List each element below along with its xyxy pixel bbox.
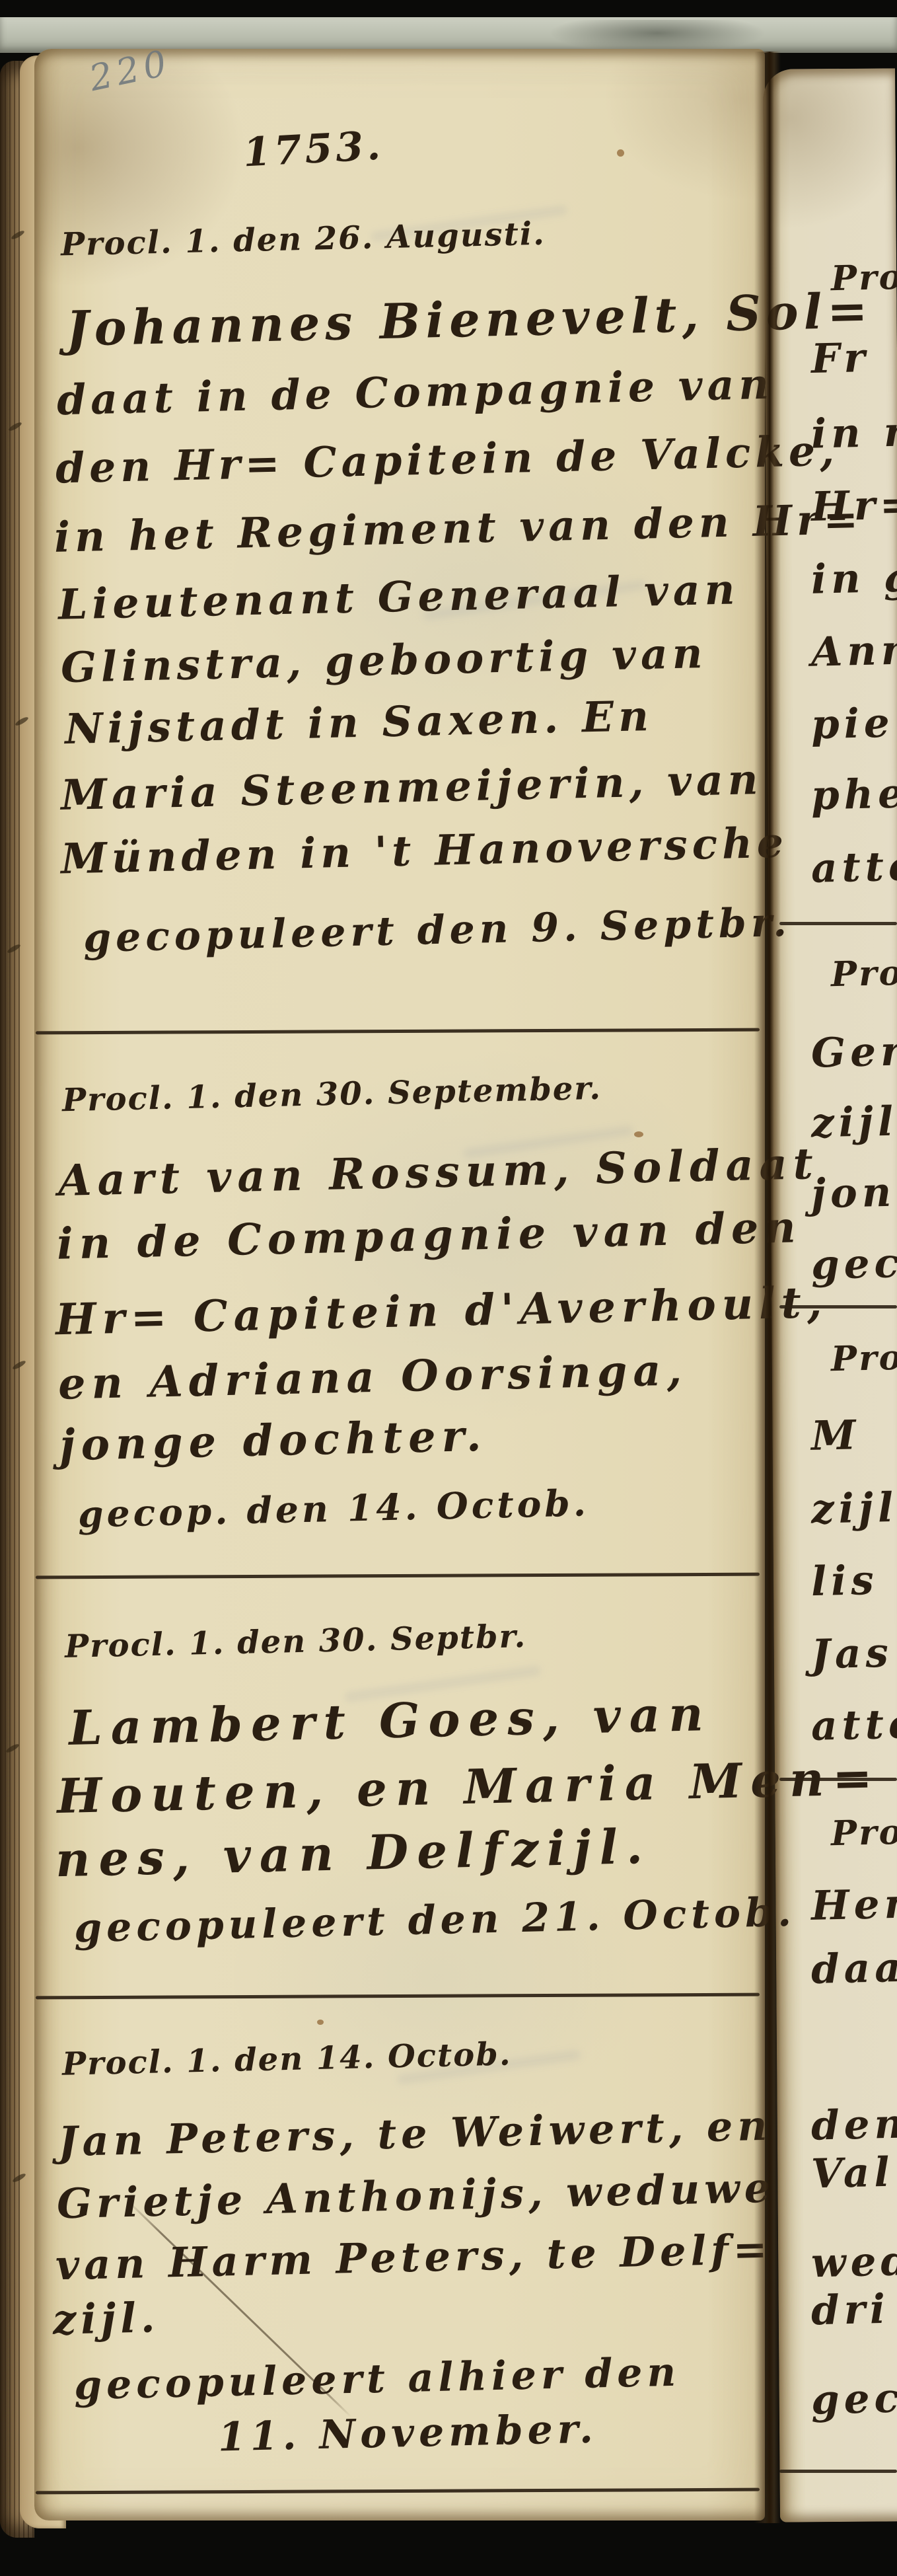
right-line-fragment: atte bbox=[810, 1704, 897, 1747]
right-entry-divider bbox=[779, 1778, 897, 1781]
right-entry-header-fragment: Pro bbox=[830, 1815, 897, 1851]
page-gutter-shadow bbox=[754, 52, 781, 2523]
entry-3-header: Procl. 1. den 30. Septbr. bbox=[65, 1620, 527, 1663]
right-line-fragment: atte bbox=[810, 846, 897, 889]
right-line-fragment: geco bbox=[810, 1242, 897, 1285]
right-line-fragment: den bbox=[810, 2103, 897, 2146]
right-entry-header-fragment: Pro bbox=[830, 956, 897, 992]
strip-shadow bbox=[548, 20, 766, 53]
entry-2-line: jonge dochter. bbox=[59, 1415, 487, 1468]
right-line-fragment: dri bbox=[810, 2289, 890, 2331]
entry-4-line: zijl. bbox=[52, 2297, 160, 2341]
right-line-fragment: in g bbox=[810, 557, 897, 600]
entry-4-footer: 11. November. bbox=[217, 2409, 598, 2457]
year-heading: 1753. bbox=[242, 126, 385, 172]
entry-1-line: Nijstadt in Saxen. En bbox=[64, 695, 653, 750]
right-line-fragment: M bbox=[810, 1415, 861, 1457]
right-line-fragment: Hen bbox=[810, 1883, 897, 1926]
right-line-fragment: pie bbox=[810, 703, 894, 745]
right-line-fragment: zijl, bbox=[810, 1487, 897, 1530]
right-entry-header-fragment: Pro bbox=[830, 1341, 897, 1377]
paper-stain-speck bbox=[617, 149, 624, 157]
entry-3-line: Lambert Goes, van bbox=[68, 1690, 712, 1752]
right-line-fragment: lis bbox=[810, 1560, 879, 1602]
right-line-fragment: Ger bbox=[810, 1031, 897, 1073]
right-line-fragment: Hr= bbox=[810, 484, 897, 527]
paper-stain-speck bbox=[634, 1131, 643, 1137]
right-line-fragment: wedu bbox=[810, 2240, 897, 2284]
entry-2-footer: gecop. den 14. Octob. bbox=[77, 1484, 589, 1533]
entry-3-line: nes, van Delfzijl. bbox=[55, 1823, 651, 1883]
right-line-fragment: gec bbox=[810, 2378, 897, 2420]
right-line-fragment: Fr bbox=[810, 338, 870, 379]
right-entry-header-fragment: Pro bbox=[830, 260, 897, 296]
right-line-fragment: in r bbox=[810, 412, 897, 454]
right-line-fragment: Ann bbox=[810, 630, 897, 673]
right-line-fragment: phe bbox=[810, 773, 897, 815]
right-line-fragment: daar bbox=[810, 1947, 897, 1990]
right-line-fragment: jon bbox=[810, 1172, 896, 1215]
right-entry-divider bbox=[779, 922, 897, 925]
right-entry-divider bbox=[779, 2470, 897, 2473]
right-line-fragment: Jas bbox=[810, 1633, 893, 1675]
right-line-fragment: Val bbox=[810, 2152, 894, 2195]
entry-4-header: Procl. 1. den 14. Octob. bbox=[62, 2038, 512, 2080]
paper-stain-speck bbox=[317, 2020, 324, 2025]
right-line-fragment: zijl bbox=[810, 1102, 897, 1144]
right-entry-divider bbox=[779, 1305, 897, 1308]
